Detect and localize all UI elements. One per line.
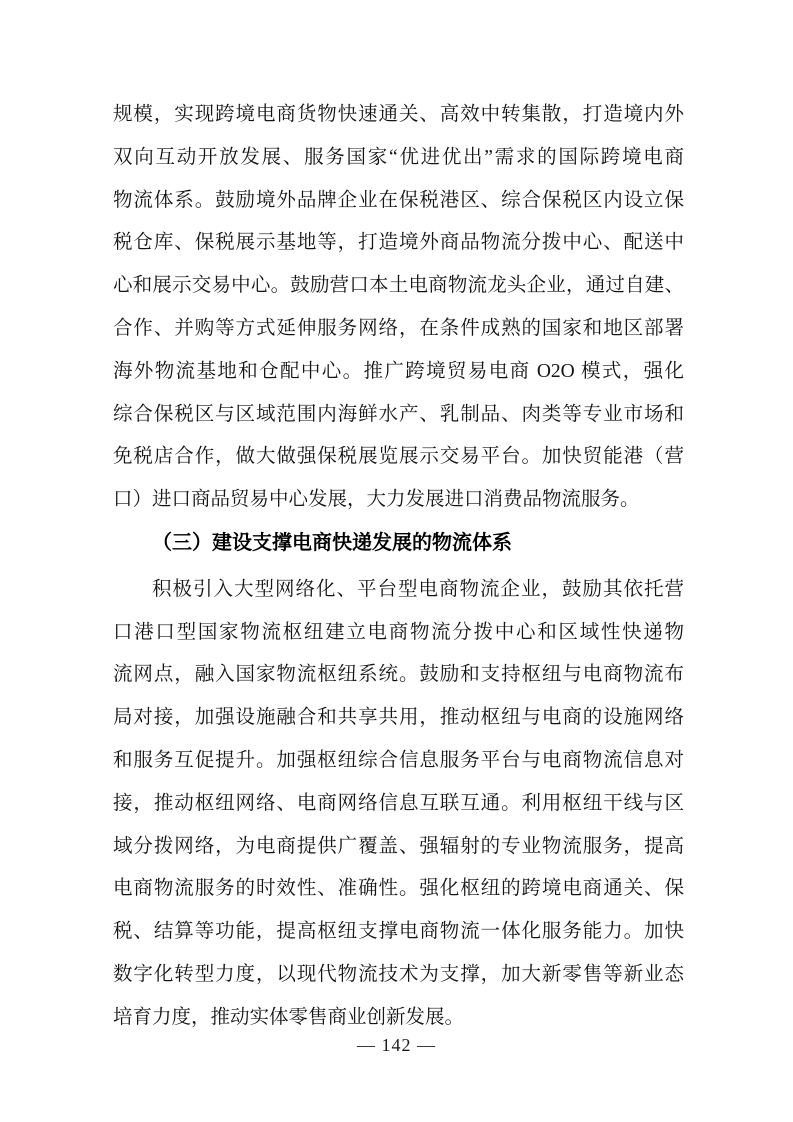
section-heading: （三）建设支撑电商快递发展的物流体系 xyxy=(113,522,684,565)
paragraph2-line: 电商物流服务的时效性、准确性。强化枢纽的跨境电商通关、保 xyxy=(113,868,684,911)
paragraph1-line: 双向互动开放发展、服务国家“优进优出”需求的国际跨境电商 xyxy=(113,137,684,180)
paragraph1-line: 综合保税区与区域范围内海鲜水产、乳制品、肉类等专业市场和 xyxy=(113,394,684,437)
document-page: 规模，实现跨境电商货物快速通关、高效中转集散，打造境内外 双向互动开放发展、服务… xyxy=(0,0,793,1122)
page-number: — 142 — xyxy=(0,1033,793,1057)
paragraph2-line: 和服务互促提升。加强枢纽综合信息服务平台与电商物流信息对 xyxy=(113,740,684,783)
paragraph2-line: 流网点，融入国家物流枢纽系统。鼓励和支持枢纽与电商物流布 xyxy=(113,654,684,697)
paragraph1-line: 口）进口商品贸易中心发展，大力发展进口消费品物流服务。 xyxy=(113,479,684,522)
paragraph1-line: 免税店合作，做大做强保税展览展示交易平台。加快贸能港（营 xyxy=(113,436,684,479)
paragraph1-line: 心和展示交易中心。鼓励营口本土电商物流龙头企业，通过自建、 xyxy=(113,265,684,308)
paragraph1-line: 规模，实现跨境电商货物快速通关、高效中转集散，打造境内外 xyxy=(113,94,684,137)
paragraph2-line: 积极引入大型网络化、平台型电商物流企业，鼓励其依托营 xyxy=(113,569,684,612)
body-text-block: 规模，实现跨境电商货物快速通关、高效中转集散，打造境内外 双向互动开放发展、服务… xyxy=(113,94,684,1040)
paragraph2-line: 接，推动枢纽网络、电商网络信息互联互通。利用枢纽干线与区 xyxy=(113,783,684,826)
paragraph2-line: 税、结算等功能，提高枢纽支撑电商物流一体化服务能力。加快 xyxy=(113,911,684,954)
paragraph2-line: 局对接，加强设施融合和共享共用，推动枢纽与电商的设施网络 xyxy=(113,697,684,740)
paragraph1-line: 合作、并购等方式延伸服务网络，在条件成熟的国家和地区部署 xyxy=(113,308,684,351)
paragraph2-line: 数字化转型力度，以现代物流技术为支撑，加大新零售等新业态 xyxy=(113,954,684,997)
paragraph1-line: 税仓库、保税展示基地等，打造境外商品物流分拨中心、配送中 xyxy=(113,222,684,265)
paragraph2-line: 域分拨网络，为电商提供广覆盖、强辐射的专业物流服务，提高 xyxy=(113,826,684,869)
paragraph1-line: 物流体系。鼓励境外品牌企业在保税港区、综合保税区内设立保 xyxy=(113,180,684,223)
paragraph2-line: 口港口型国家物流枢纽建立电商物流分拨中心和区域性快递物 xyxy=(113,612,684,655)
paragraph1-line: 海外物流基地和仓配中心。推广跨境贸易电商 O2O 模式，强化 xyxy=(113,351,684,394)
